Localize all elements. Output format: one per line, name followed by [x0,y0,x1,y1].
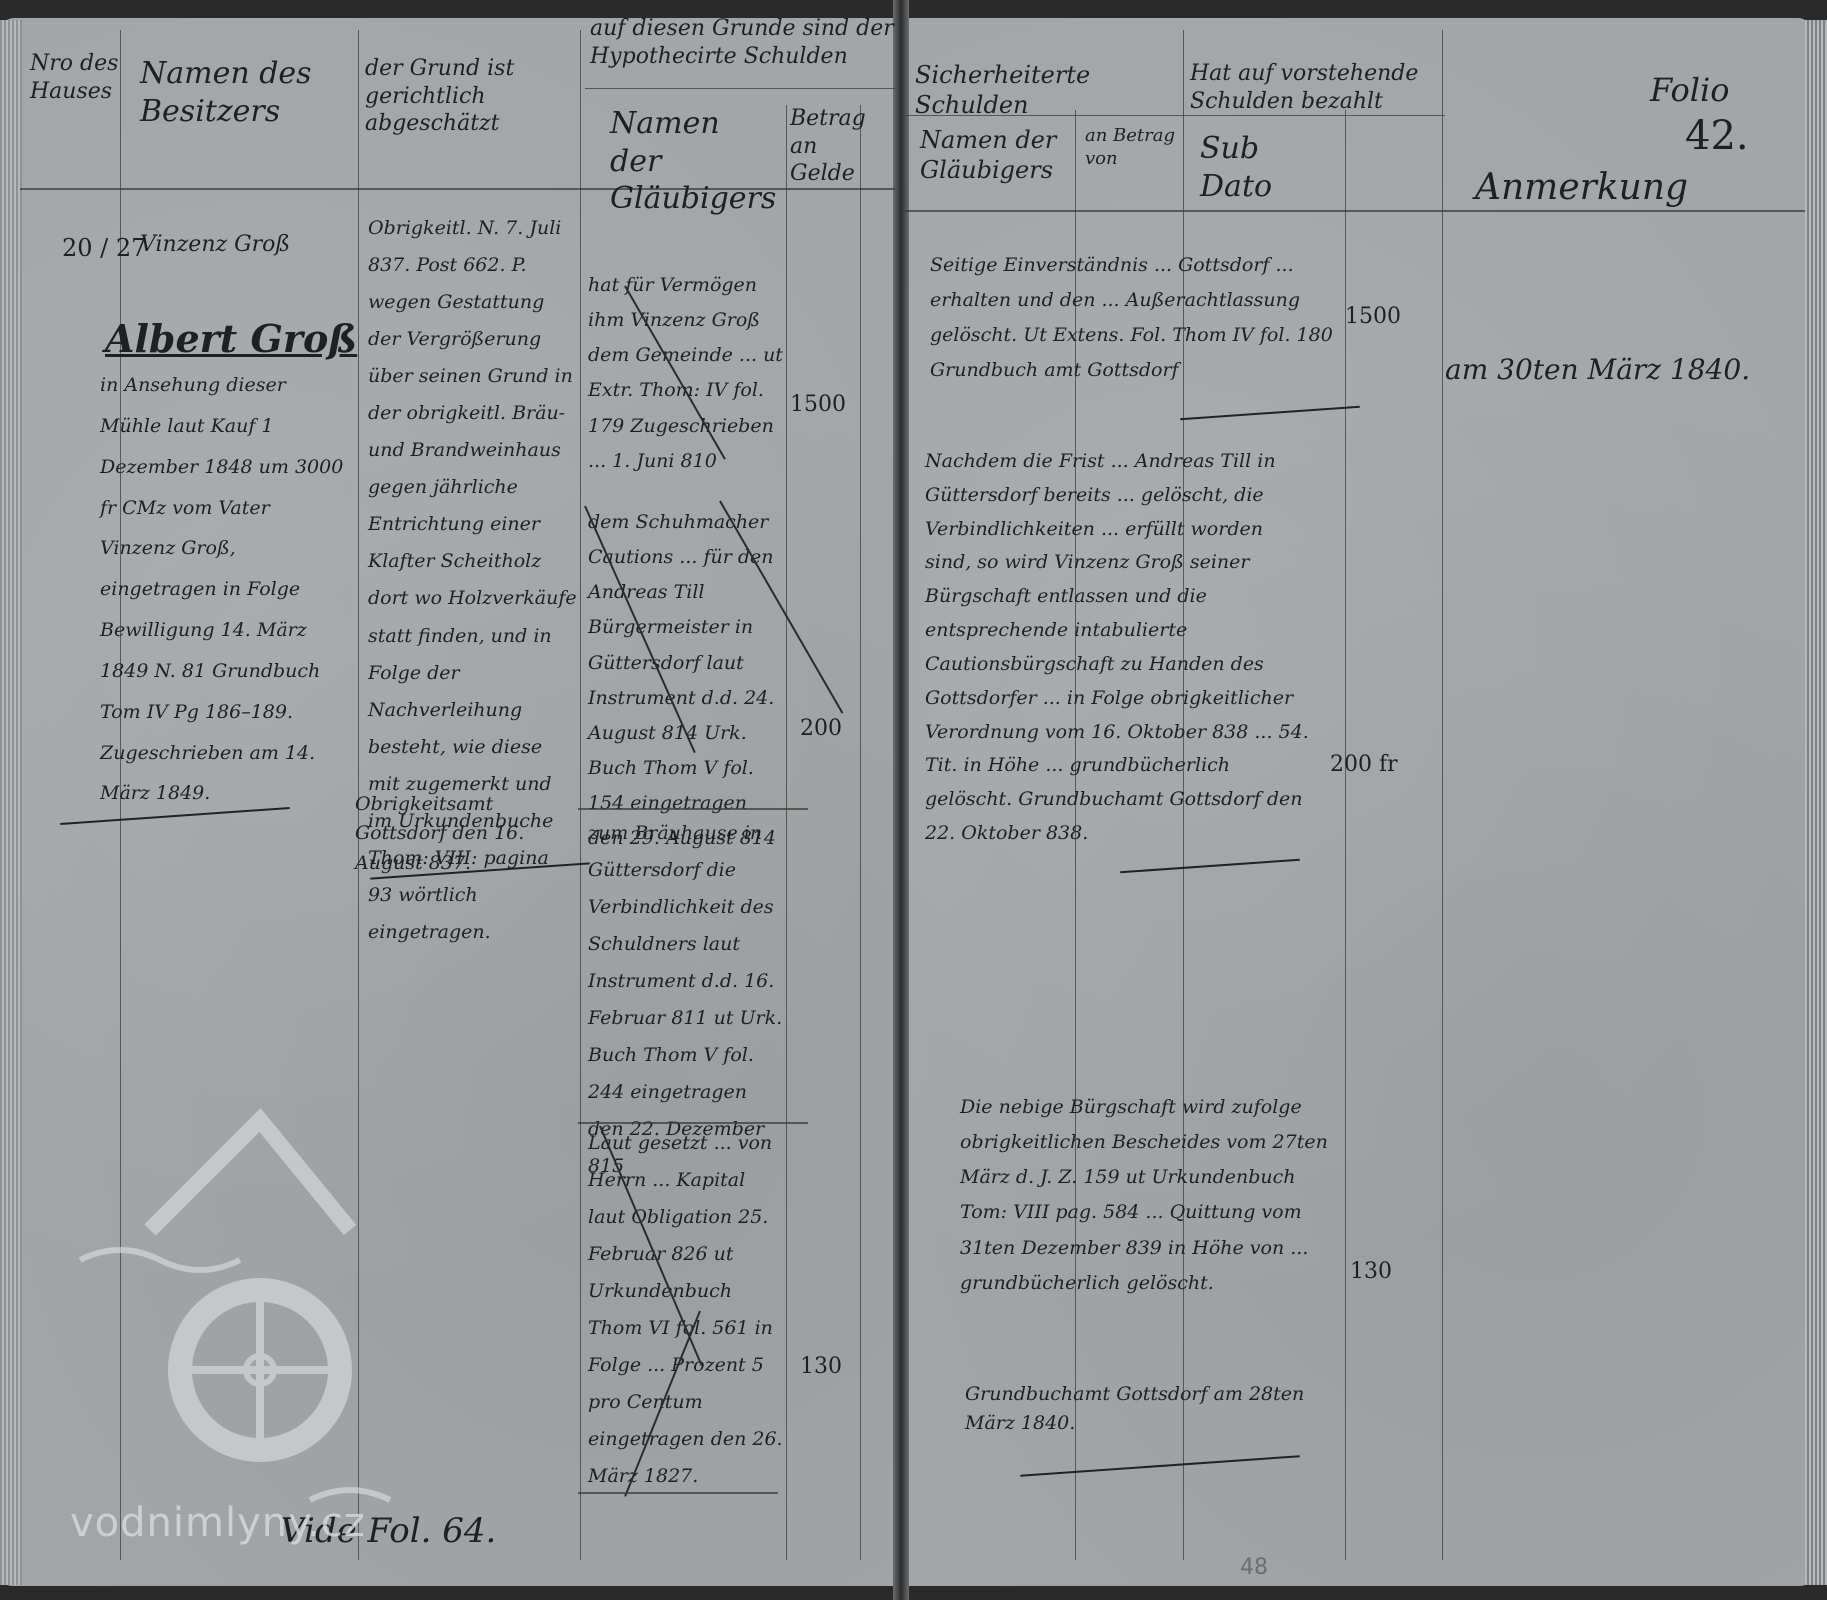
remark-entry-3: Die nebige Bürgschaft wird zufolge obrig… [960,1090,1340,1301]
header-remarks: Anmerkung [1475,165,1725,210]
previous-owner: Vinzenz Groß [140,228,290,262]
remark-date-1: am 30ten März 1840. [1445,348,1750,391]
book-gutter [893,0,909,1600]
rule-line [786,105,787,1560]
remark-entry-1: Seitige Einverständnis ... Gottsdorf ...… [930,248,1340,389]
header-amount: Betrag an Gelde [790,105,870,188]
house-number: 20 / 27 [62,230,146,267]
remark-amount-1: 1500 [1345,300,1401,334]
entry-divider [578,1492,778,1494]
page-edge-right [1805,20,1827,1585]
header-amount-right: an Betrag von [1085,125,1180,170]
header-paid-debts: Hat auf vorstehende Schulden bezahlt [1190,60,1440,115]
creditor-amount-1: 1500 [790,388,846,422]
mill-wheel-watermark-icon [60,1100,420,1540]
subheader-rule [585,88,895,89]
owner-name: Albert Groß [105,310,357,369]
remark-place-date-3: Grundbuchamt Gottsdorf am 28ten März 184… [965,1380,1345,1439]
folio-number: 42. [1685,105,1749,167]
rule-line [860,105,861,1560]
watermark-text: vodnimlyny.cz [70,1500,366,1546]
header-owner-name: Namen des Besitzers [140,55,350,130]
entry-divider [578,1122,808,1124]
creditor-entry-4: Laut gesetzt ... von Herrn ... Kapital l… [588,1125,783,1495]
rule-line [580,30,581,1560]
header-sub-dato: Sub Dato [1200,130,1340,205]
page-edge-left [0,20,22,1585]
folio-label: Folio [1650,70,1770,110]
remark-amount-2: 200 fr [1330,748,1398,782]
header-mortgage-debts: auf diesen Grunde sind der Hypothecirte … [590,15,895,70]
owner-acquisition-note: in Ansehung dieser Mühle laut Kauf 1 Dez… [100,365,350,814]
creditor-amount-2: 200 [800,712,842,746]
remark-amount-3: 130 [1350,1255,1392,1289]
header-valuation: der Grund ist gerichtlich abgeschätzt [365,55,575,138]
creditor-entry-1: hat für Vermögen ihm Vinzenz Groß dem Ge… [588,268,783,479]
pencil-page-number: 48 [1240,1555,1268,1580]
rule-line [1442,30,1443,1560]
header-secured-debts: Sicherheiterte Schulden [915,60,1175,120]
header-creditor-name: Namen der Gläubigers [610,105,780,218]
header-rule [905,210,1805,212]
entry-divider [578,808,808,810]
header-creditor-name-right: Namen der Gläubigers [920,125,1070,185]
remark-entry-2: Nachdem die Frist ... Andreas Till in Gü… [925,445,1315,851]
creditor-amount-4: 130 [800,1350,842,1384]
header-house-number: Nro des Hauses [30,50,120,105]
